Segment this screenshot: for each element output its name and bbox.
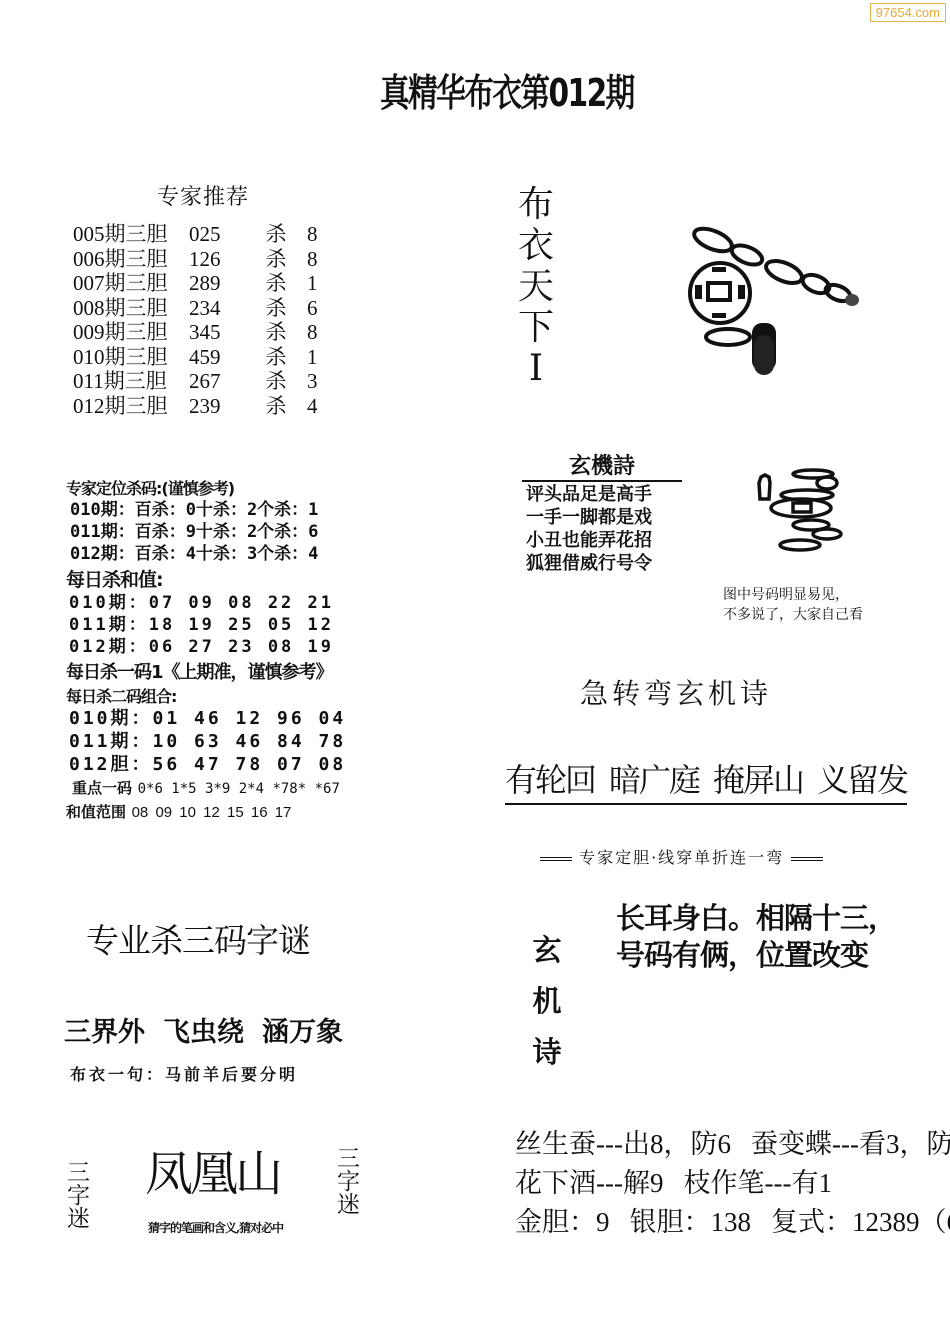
chain-coin-icon — [680, 205, 860, 375]
divider — [540, 857, 572, 861]
xuanji-shi-label: 玄机诗 — [530, 925, 564, 1078]
xuanji-shi-text: 长耳身白。相隔十三， 号码有俩，位置改变 — [616, 900, 896, 974]
daily-kill-one: 每日杀一码1《上期准，谨慎参考》 — [66, 658, 386, 684]
table-row: 006期三胆126杀8 — [73, 247, 337, 272]
three-char-riddle-note: 猜字的笔画和含义,猜对必中 — [148, 1218, 288, 1238]
expert-recommend-table: 005期三胆025杀8 006期三胆126杀8 007期三胆289杀1 008期… — [73, 222, 337, 418]
expert-ding-dan: 专家定胆·线穿单折连一弯 — [540, 845, 823, 868]
buyi-sentence: 布衣一句：马前羊后要分明 — [70, 1062, 298, 1085]
riddle-items: 三界外飞虫绕涵万象 — [64, 1010, 361, 1049]
three-char-riddle-main: 凤凰山 — [145, 1135, 280, 1204]
table-row: 008期三胆234杀6 — [73, 296, 337, 321]
chain-coin-drawing — [680, 205, 860, 375]
position-kill-row: 012期：百杀：4十杀：3个杀：4 — [70, 543, 386, 565]
sharp-turn-items: 有轮回暗广庭掩屏山义留发 — [505, 755, 907, 805]
page-title: 真精华布衣第012期 — [380, 62, 634, 117]
table-row: 011期三胆267杀3 — [73, 369, 337, 394]
table-row: 005期三胆025杀8 — [73, 222, 337, 247]
daily-sum-kill-heading: 每日杀和值: — [66, 565, 386, 592]
riddle-title: 专业杀三码字谜 — [86, 915, 310, 962]
sum-range-label: 和值范围 — [66, 803, 126, 821]
daily-sum-kill-row: 012期：06 27 23 08 19 — [69, 636, 386, 658]
table-row: 007期三胆289杀1 — [73, 271, 337, 296]
position-kill-row: 010期：百杀：0十杀：2个杀：1 — [70, 499, 386, 521]
xuanji-shi-line: 号码有俩，位置改变 — [616, 937, 896, 974]
hints-row: 金胆：9银胆：138复式：12389（6） — [515, 1203, 950, 1242]
hints-panel: 丝生蚕---出8，防6蚕变蝶---看3，防2 花下酒---解9枝作笔---有1 … — [515, 1125, 950, 1242]
sharp-turn-item: 暗广庭 — [609, 761, 699, 799]
table-row: 010期三胆459杀1 — [73, 345, 337, 370]
position-kill-heading: 专家定位杀码:(谨慎参考) — [66, 476, 386, 499]
key-code-label: 重点一码 — [72, 779, 132, 797]
divider — [791, 857, 823, 861]
site-watermark: 97654.com — [870, 3, 946, 22]
daily-kill-two-heading: 每日杀二码组合: — [66, 684, 386, 707]
xuanji-shi-line: 长耳身白。相隔十三， — [616, 900, 896, 937]
daily-kill-two-row: 012胆：56 47 78 07 08 — [69, 753, 386, 776]
sum-range-value: 08 09 10 12 15 16 17 — [132, 804, 292, 821]
hints-row: 花下酒---解9枝作笔---有1 — [515, 1164, 950, 1203]
daily-sum-kill-row: 011期：18 19 25 05 12 — [69, 614, 386, 636]
sharp-turn-item: 义留发 — [817, 761, 907, 799]
expert-recommend-heading: 专家推荐 — [157, 180, 249, 211]
hints-row: 丝生蚕---出8，防6蚕变蝶---看3，防2 — [515, 1125, 950, 1164]
riddle-item: 涵万象 — [262, 1017, 343, 1048]
three-char-riddle-right-label: 三字迷 — [334, 1146, 358, 1215]
picture-note: 图中号码明显易见， 不多说了，大家自己看 — [723, 585, 863, 625]
sharp-turn-title: 急转弯玄机诗 — [580, 672, 772, 712]
poem-line: 小丑也能弄花招 — [526, 529, 652, 552]
key-code-row: 重点一码 0*6 1*5 3*9 2*4 *78* *67 — [72, 776, 386, 800]
sharp-turn-item: 掩屏山 — [713, 761, 803, 799]
sum-range-row: 和值范围 08 09 10 12 15 16 17 — [66, 800, 386, 824]
riddle-item: 飞虫绕 — [163, 1017, 244, 1048]
daily-kill-two-row: 011期：10 63 46 84 78 — [69, 730, 386, 753]
table-row: 012期三胆239杀4 — [73, 394, 337, 419]
daily-kill-two-row: 010期：01 46 12 96 04 — [69, 707, 386, 730]
snake-drawing — [755, 465, 865, 555]
xuanji-poem-title: 玄機詩 — [522, 452, 682, 482]
kill-code-panel: 专家定位杀码:(谨慎参考) 010期：百杀：0十杀：2个杀：1 011期：百杀：… — [66, 476, 386, 824]
three-char-riddle-left-label: 三字迷 — [64, 1160, 88, 1229]
poem-line: 狐狸借威行号令 — [526, 552, 652, 575]
daily-sum-kill-row: 010期：07 09 08 22 21 — [69, 592, 386, 614]
position-kill-row: 011期：百杀：9十杀：2个杀：6 — [70, 521, 386, 543]
key-code-value: 0*6 1*5 3*9 2*4 *78* *67 — [138, 781, 340, 797]
xuanji-poem-lines: 评头品足是高手 一手一脚都是戏 小丑也能弄花招 狐狸借威行号令 — [526, 483, 652, 575]
poem-line: 评头品足是高手 — [526, 483, 652, 506]
snake-icon — [755, 465, 865, 555]
table-row: 009期三胆345杀8 — [73, 320, 337, 345]
poem-line: 一手一脚都是戏 — [526, 506, 652, 529]
sharp-turn-item: 有轮回 — [505, 761, 595, 799]
riddle-item: 三界外 — [64, 1017, 145, 1048]
buyi-tianxia-label: 布衣天下Ⅰ — [516, 184, 556, 389]
